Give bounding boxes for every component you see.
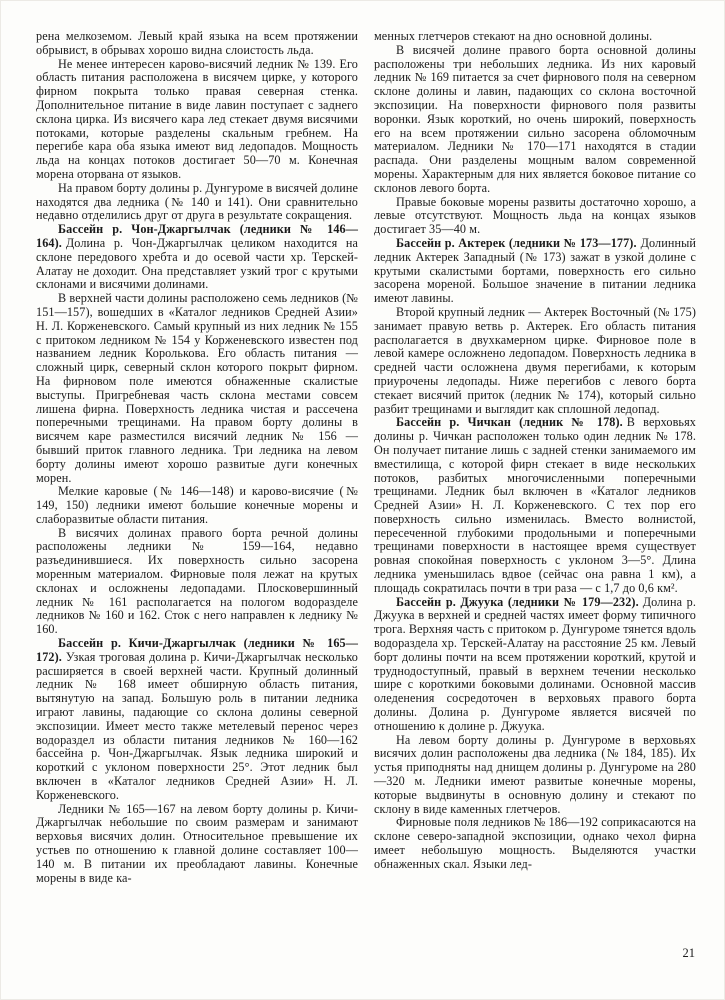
paragraph-text: рена мелкоземом. Левый край языка на все… [36, 29, 358, 57]
paragraph-text: Долина р. Джуука в верхней и средней час… [374, 595, 696, 733]
paragraph-text: Ледники № 165—167 на левом борту долины … [36, 802, 358, 885]
section-paragraph: Бассейн р. Чон-Джаргылчак (ледники № 146… [36, 223, 358, 292]
left-column: рена мелкоземом. Левый край языка на все… [36, 30, 358, 885]
paragraph-text: менных глетчеров стекают на дно основной… [374, 29, 652, 43]
paragraph-text: Второй крупный ледник — Актерек Восточны… [374, 305, 696, 416]
paragraph-text: В висячих долинах правого борта речной д… [36, 526, 358, 637]
paragraph: На левом борту долины р. Дунгуроме в вер… [374, 734, 696, 817]
paragraph-text: Правые боковые морены развиты достаточно… [374, 195, 696, 237]
right-column: менных глетчеров стекают на дно основной… [374, 30, 696, 885]
paragraph: Не менее интересен карово-висячий ледник… [36, 58, 358, 182]
paragraph-text: Мелкие каровые (№ 146—148) и карово-вися… [36, 484, 358, 526]
paragraph: Правые боковые морены развиты достаточно… [374, 196, 696, 237]
paragraph: рена мелкоземом. Левый край языка на все… [36, 30, 358, 58]
text-columns: рена мелкоземом. Левый край языка на все… [36, 30, 697, 885]
paragraph: Фирновые поля ледников № 186—192 соприка… [374, 816, 696, 871]
section-heading: Бассейн р. Джуука (ледники № 179—232). [396, 595, 639, 609]
section-paragraph: Бассейн р. Актерек (ледники № 173—177).Д… [374, 237, 696, 306]
paragraph-text: В верхней части долины расположено семь … [36, 291, 358, 484]
paragraph: менных глетчеров стекают на дно основной… [374, 30, 696, 44]
paragraph: Ледники № 165—167 на левом борту долины … [36, 803, 358, 886]
paragraph-text: На левом борту долины р. Дунгуроме в вер… [374, 733, 696, 816]
section-paragraph: Бассейн р. Чичкан (ледник № 178).В верхо… [374, 416, 696, 595]
book-page: рена мелкоземом. Левый край языка на все… [0, 0, 725, 1000]
paragraph: В висячих долинах правого борта речной д… [36, 527, 358, 637]
section-paragraph: Бассейн р. Кичи-Джаргылчак (ледники № 16… [36, 637, 358, 803]
paragraph-text: Не менее интересен карово-висячий ледник… [36, 57, 358, 181]
section-heading: Бассейн р. Актерек (ледники № 173—177). [396, 236, 637, 250]
paragraph: В верхней части долины расположено семь … [36, 292, 358, 485]
page-number: 21 [683, 946, 696, 960]
paragraph-text: Фирновые поля ледников № 186—192 соприка… [374, 815, 696, 870]
paragraph-text: На правом борту долины р. Дунгуроме в ви… [36, 181, 358, 223]
paragraph: Второй крупный ледник — Актерек Восточны… [374, 306, 696, 416]
paragraph-text: В верховьях долины р. Чичкан расположен … [374, 415, 696, 595]
paragraph-text: Узкая троговая долина р. Кичи-Джаргылчак… [36, 650, 358, 802]
paragraph-text: Долина р. Чон-Джаргылчак целиком находит… [36, 236, 358, 291]
paragraph-text: В висячей долине правого борта основной … [374, 43, 696, 195]
paragraph: На правом борту долины р. Дунгуроме в ви… [36, 182, 358, 223]
paragraph: В висячей долине правого борта основной … [374, 44, 696, 196]
paragraph: Мелкие каровые (№ 146—148) и карово-вися… [36, 485, 358, 526]
section-heading: Бассейн р. Чичкан (ледник № 178). [396, 415, 623, 429]
section-paragraph: Бассейн р. Джуука (ледники № 179—232).До… [374, 596, 696, 734]
